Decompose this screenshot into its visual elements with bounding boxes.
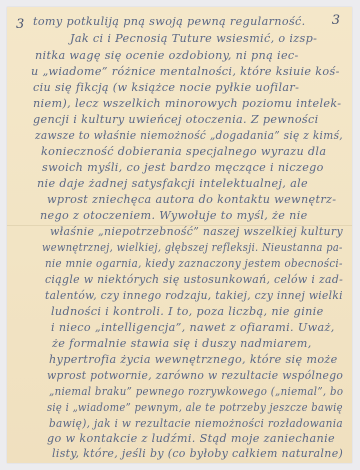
text-line: go w kontakcie z ludźmi. Stąd moje zanie… — [47, 432, 335, 445]
text-line: gencji i kultury uwieńcej otoczenia. Z p… — [33, 113, 319, 126]
text-line: zawsze to właśnie niemożność „dogadania”… — [35, 129, 343, 142]
text-line: nego z otoczeniem. Wywołuje to myśl, że … — [40, 209, 308, 222]
text-line: ciągle w niektórych się ustosunkowań, ce… — [45, 273, 343, 286]
text-line: ludności i kontroli. I to, poza liczbą, … — [51, 305, 324, 318]
text-line: „niemal braku” pewnego rozrywkowego („ni… — [49, 385, 343, 398]
text-line: hypertrofia życia wewnętrznego, które si… — [49, 353, 338, 366]
text-line: niem), lecz wszelkich minorowych poziomu… — [33, 97, 341, 110]
text-line: nie daje żadnej satysfakcji intelektualn… — [37, 177, 308, 190]
text-line: i nieco „intelligencja”, nawet z ofiaram… — [51, 321, 335, 334]
text-line: że formalnie stawia się i duszy nadmiare… — [52, 337, 312, 350]
text-line: ciu się fikcją (w książce nocie pyłkie u… — [33, 81, 299, 94]
text-line: u „wiadome” różnice mentalności, które k… — [31, 65, 340, 78]
text-line: wewnętrznej, wielkiej, głębszej refleksj… — [42, 241, 343, 254]
page-number-left: 3 — [16, 17, 24, 32]
text-line: nitka wagę się ocenie ozdobiony, ni pną … — [35, 49, 299, 62]
text-line: wprost potwornie, zarówno w rezultacie w… — [47, 369, 343, 382]
page-number-right: 3 — [332, 13, 340, 28]
text-line: swoich myśli, co jest bardzo męczące i n… — [42, 161, 324, 174]
letter-page: 3 3 tomy potkuliją pną swoją pewną regul… — [7, 7, 352, 463]
text-line: wprost zniechęca autora do kontaktu wewn… — [47, 193, 336, 206]
text-line: talentów, czy innego rodzaju, takiej, cz… — [45, 289, 343, 302]
text-line: właśnie „niepotrzebność” naszej wszelkie… — [50, 225, 343, 238]
text-line: listy, które, jeśli by (co byłoby całkie… — [52, 447, 343, 460]
text-line: bawię), jak i w rezultacie niemożności r… — [49, 417, 343, 430]
text-line: nie mnie ogarnia, kiedy zaznaczony jeste… — [45, 257, 343, 270]
text-line: tomy potkuliją pną swoją pewną regularno… — [33, 15, 306, 28]
text-line: konieczność dobierania specjalnego wyraz… — [41, 145, 326, 158]
text-line: Jak ci i Pecnosią Tuture wsiesmić, o izs… — [70, 32, 317, 45]
text-line: się i „wiadome” pewnym, ale te potrzeby … — [47, 401, 343, 414]
